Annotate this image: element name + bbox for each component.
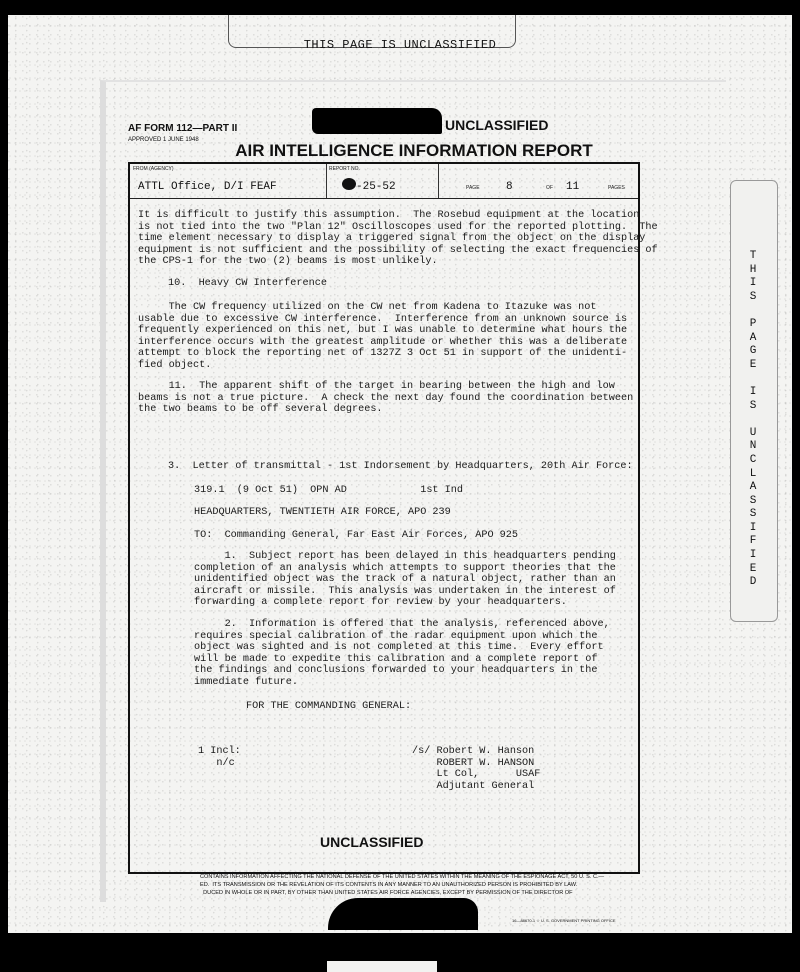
from-value: ATTL Office, D/I FEAF bbox=[138, 181, 277, 193]
signature-intro: FOR THE COMMANDING GENERAL: bbox=[246, 701, 411, 713]
of-label: OF bbox=[546, 185, 553, 191]
top-classification-banner: THIS PAGE IS UNCLASSIFIED bbox=[0, 38, 800, 52]
from-field: FROM (Agency) ATTL Office, D/I FEAF bbox=[130, 164, 327, 198]
indorsement-heading: 3. Letter of transmittal - 1st Indorseme… bbox=[168, 461, 633, 473]
bottom-tab bbox=[327, 961, 437, 972]
espionage-act-notice: CONTAINS INFORMATION AFFECTING THE NATIO… bbox=[200, 874, 660, 897]
report-no-value: -25-52 bbox=[356, 181, 396, 193]
redaction-mark bbox=[312, 108, 442, 134]
page-label: PAGE bbox=[466, 185, 480, 191]
from-label: FROM (Agency) bbox=[133, 166, 174, 172]
report-no-label: REPORT NO. bbox=[329, 166, 360, 172]
printer-mark: 16—88670-1 ☆ U. S. GOVERNMENT PRINTING O… bbox=[512, 918, 616, 923]
continuation-paragraph: It is difficult to justify this assumpti… bbox=[138, 210, 658, 268]
item-10-heading: 10. Heavy CW Interference bbox=[168, 278, 327, 290]
redaction-mark bbox=[342, 178, 356, 190]
inclosure-note: 1 Incl: n/c bbox=[198, 746, 241, 769]
item-10-body: The CW frequency utilized on the CW net … bbox=[138, 302, 627, 371]
classification-stamp-top: UNCLASSIFIED bbox=[445, 117, 548, 133]
total-pages: 11 bbox=[566, 181, 579, 193]
report-form: FROM (Agency) ATTL Office, D/I FEAF REPO… bbox=[128, 162, 640, 874]
signature-block: /s/ Robert W. Hanson ROBERT W. HANSON Lt… bbox=[412, 746, 540, 792]
report-no-field: REPORT NO. -25-52 bbox=[326, 164, 439, 198]
redaction-mark bbox=[328, 898, 478, 930]
page-count-field: PAGE 8 OF 11 PAGES bbox=[438, 164, 638, 198]
report-title: AIR INTELLIGENCE INFORMATION REPORT bbox=[0, 141, 800, 161]
indorsement-to: TO: Commanding General, Far East Air For… bbox=[194, 530, 518, 542]
form-id: AF FORM 112—PART II bbox=[128, 123, 237, 134]
indorsement-para-1: 1. Subject report has been delayed in th… bbox=[194, 551, 616, 609]
indorsement-file-ref: 319.1 (9 Oct 51) OPN AD 1st Ind bbox=[194, 485, 463, 497]
report-header-row: FROM (Agency) ATTL Office, D/I FEAF REPO… bbox=[130, 164, 638, 199]
indorsement-from: HEADQUARTERS, TWENTIETH AIR FORCE, APO 2… bbox=[194, 507, 451, 519]
classification-stamp-bottom: UNCLASSIFIED bbox=[320, 834, 423, 850]
pages-label: PAGES bbox=[608, 185, 625, 191]
indorsement-para-2: 2. Information is offered that the analy… bbox=[194, 619, 610, 688]
page-number: 8 bbox=[506, 181, 513, 193]
side-classification-banner: T H I S P A G E I S U N C L A S S I F I … bbox=[746, 250, 760, 590]
item-11-body: 11. The apparent shift of the target in … bbox=[138, 381, 633, 416]
